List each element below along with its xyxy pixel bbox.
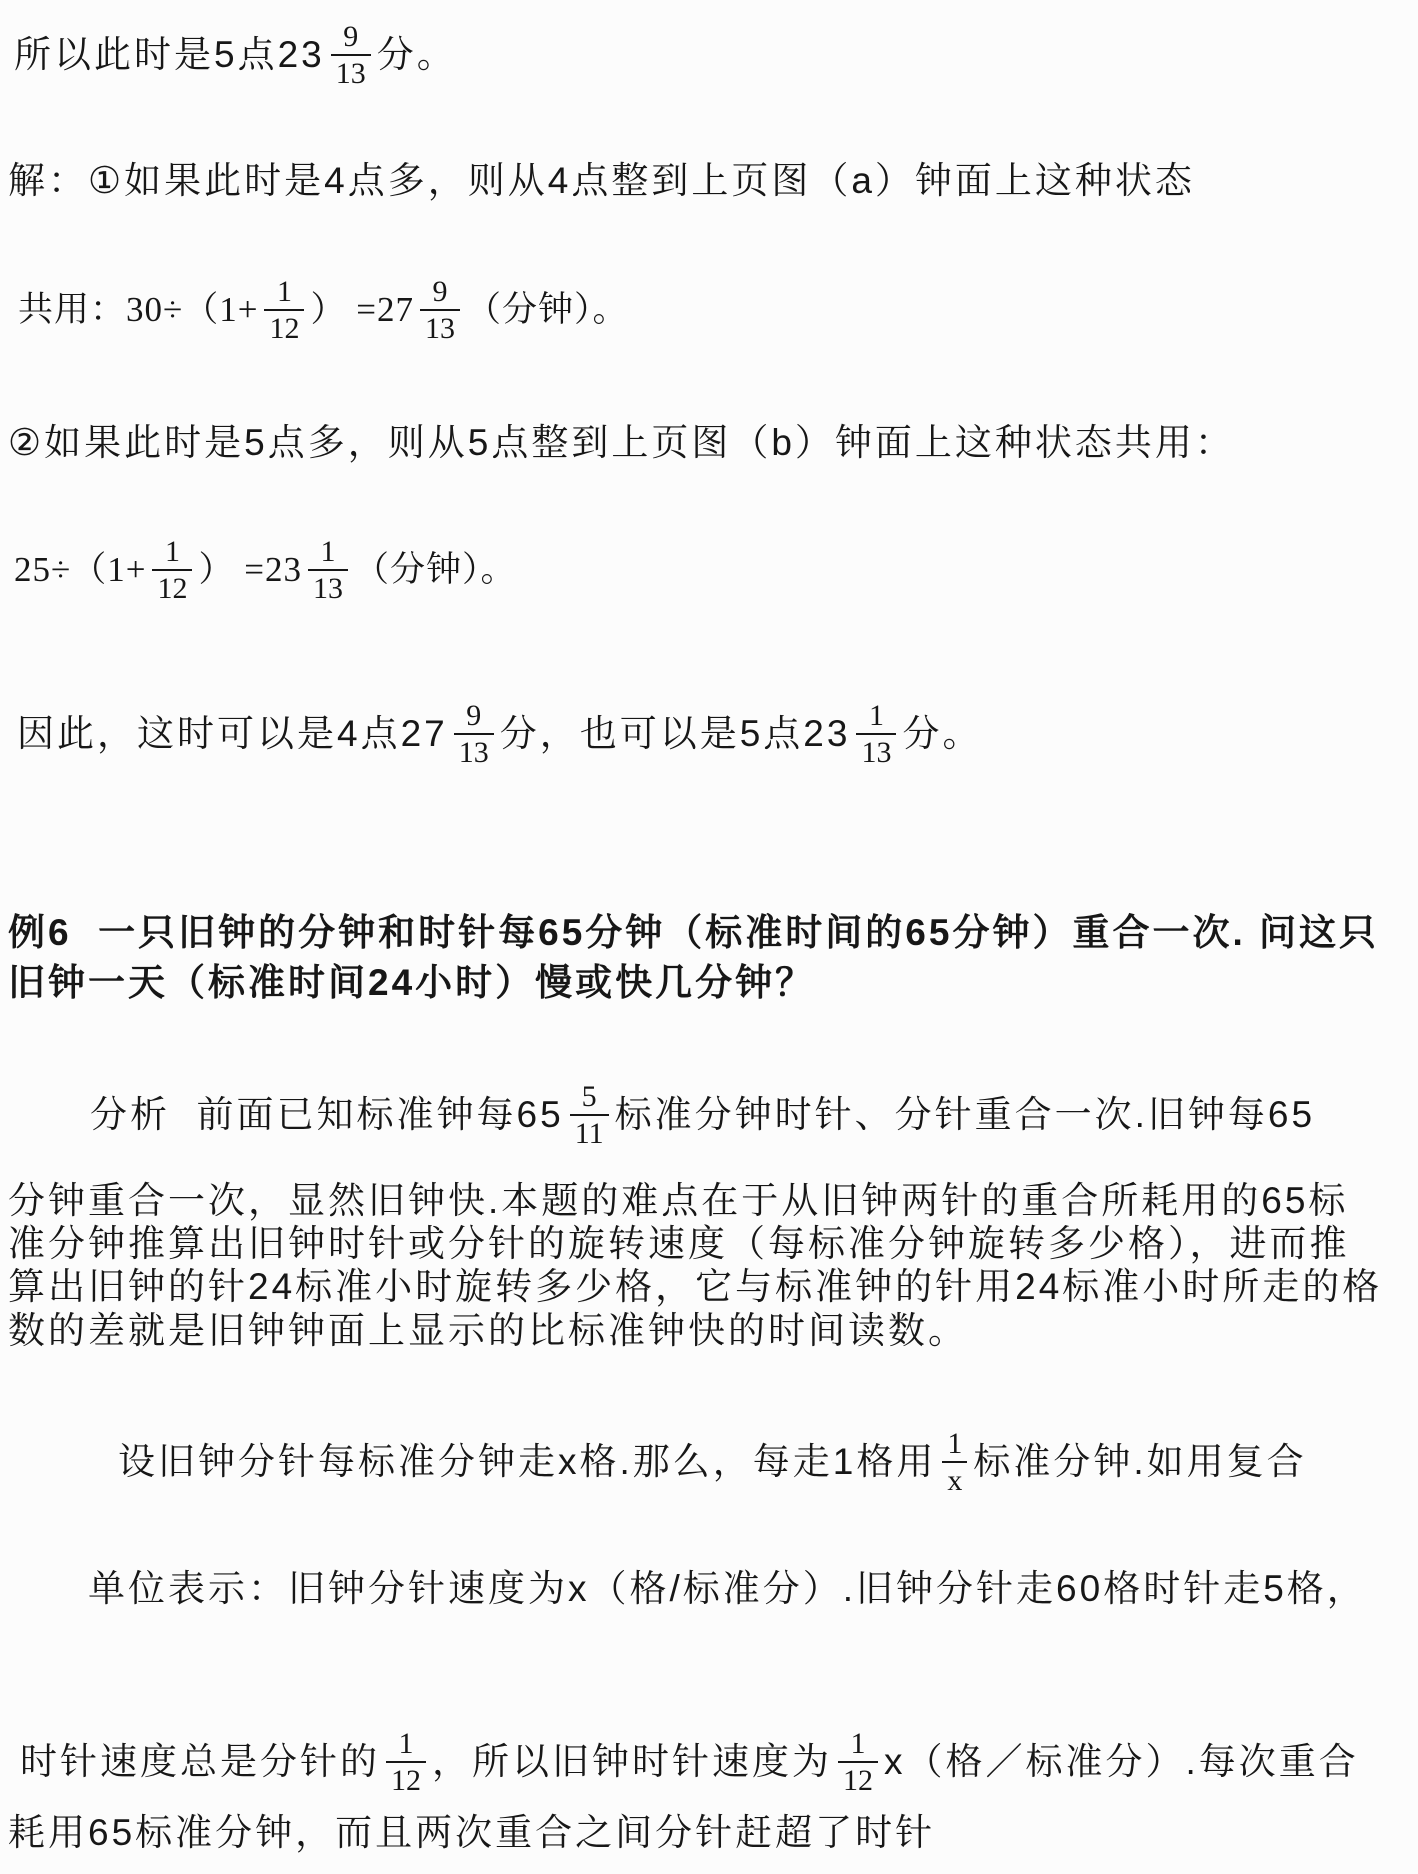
fraction-1-13: 1 13 (856, 700, 896, 769)
text-segment: 分钟重合一次，显然旧钟快.本题的难点在于从旧钟两针的重合所耗用的65标 (8, 1178, 1348, 1224)
fraction-1-13: 1 13 (308, 536, 348, 605)
hour-hand-speed-line2: 耗用65标准分钟，而且两次重合之间分针赶超了时针 (8, 1810, 935, 1856)
text-segment: 分。 (902, 711, 982, 757)
text-segment: 单位表示：旧钟分针速度为x（格/标准分）.旧钟分针走60格时针走5格， (88, 1566, 1367, 1612)
text-segment: 分，也可以是5点23 (500, 711, 851, 757)
example6-label: 例6 (8, 910, 72, 956)
text-segment: 标准分钟时针、分针重合一次.旧钟每65 (615, 1092, 1315, 1138)
analysis-line4: 算出旧钟的针24标准小时旋转多少格，它与标准钟的针用24标准小时所走的格 (8, 1264, 1382, 1310)
formula-30-div-line: 共用：30÷（1+ 1 12 ） =27 9 13 （分钟）。 (18, 258, 628, 362)
text-segment: ） =27 (310, 288, 414, 332)
analysis-label-and-text: 分析 前面已知标准钟每65 (90, 1092, 564, 1138)
fraction-1-12: 1 12 (152, 536, 192, 605)
text-segment: 分。 (377, 32, 457, 78)
hour-hand-speed-line1: 时针速度总是分针的 1 12 ，所以旧钟时针速度为 1 12 x（格／标准分）.… (20, 1712, 1359, 1812)
text-segment: 耗用65标准分钟，而且两次重合之间分针赶超了时针 (8, 1810, 935, 1856)
solution-step1-line: 解：①如果此时是4点多，则从4点整到上页图（a）钟面上这种状态 (8, 158, 1195, 204)
text-segment: ，所以旧钟时针速度为 (432, 1739, 832, 1785)
fraction-1-12: 1 12 (264, 276, 304, 345)
text-segment: 因此，这时可以是4点27 (17, 711, 448, 757)
fraction-9-13: 9 13 (331, 21, 371, 90)
example6-problem-line1: 例6 一只旧钟的分钟和时针每65分钟（标准时间的65分钟）重合一次. 问这只 (8, 910, 1379, 956)
setup-x-line: 设旧钟分针每标准分钟走x格.那么，每走1格用 1 x 标准分钟.如用复合 (118, 1412, 1307, 1512)
text-segment: （分钟）。 (354, 548, 517, 592)
unit-expression-line: 单位表示：旧钟分针速度为x（格/标准分）.旧钟分针走60格时针走5格， (88, 1566, 1367, 1612)
example6-problem-line2: 旧钟一天（标准时间24小时）慢或快几分钟？ (8, 960, 815, 1006)
fraction-9-13: 9 13 (420, 276, 460, 345)
conclusion-5oclock-line: 所以此时是5点23 9 13 分。 (14, 10, 457, 100)
text-segment: 一只旧钟的分钟和时针每65分钟（标准时间的65分钟）重合一次. 问这只 (72, 910, 1379, 956)
fraction-5-11: 5 11 (570, 1081, 609, 1150)
text-segment: 数的差就是旧钟钟面上显示的比标准钟快的时间读数。 (8, 1308, 968, 1354)
solution-step2-line: ②如果此时是5点多，则从5点整到上页图（b）钟面上这种状态共用： (8, 420, 1235, 466)
text-segment: 设旧钟分针每标准分钟走x格.那么，每走1格用 (118, 1439, 936, 1485)
text-segment: 旧钟一天（标准时间24小时）慢或快几分钟？ (8, 960, 815, 1006)
final-answer-line: 因此，这时可以是4点27 9 13 分，也可以是5点23 1 13 分。 (17, 684, 982, 784)
text-segment: 准分钟推算出旧钟时针或分针的旋转速度（每标准分钟旋转多少格），进而推 (8, 1221, 1350, 1267)
text-segment: 所以此时是5点23 (14, 32, 325, 78)
formula-25-div-line: 25÷（1+ 1 12 ） =23 1 13 （分钟）。 (14, 518, 516, 622)
text-segment: ②如果此时是5点多，则从5点整到上页图（b）钟面上这种状态共用： (8, 420, 1235, 466)
text-segment: 时针速度总是分针的 (20, 1739, 380, 1785)
fraction-1-12: 1 12 (386, 1728, 426, 1797)
fraction-1-x: 1 x (942, 1428, 967, 1497)
text-segment: x（格／标准分）.每次重合 (884, 1739, 1359, 1785)
text-segment: 标准分钟.如用复合 (973, 1439, 1306, 1485)
fraction-1-12: 1 12 (838, 1728, 878, 1797)
text-segment: 算出旧钟的针24标准小时旋转多少格，它与标准钟的针用24标准小时所走的格 (8, 1264, 1382, 1310)
text-segment: （分钟）。 (466, 288, 629, 332)
analysis-line1: 分析 前面已知标准钟每65 5 11 标准分钟时针、分针重合一次.旧钟每65 (90, 1062, 1315, 1168)
document-page: { "page": { "background": "#fcfcfc", "te… (0, 0, 1418, 1874)
analysis-line3: 准分钟推算出旧钟时针或分针的旋转速度（每标准分钟旋转多少格），进而推 (8, 1221, 1350, 1267)
text-segment: 解：①如果此时是4点多，则从4点整到上页图（a）钟面上这种状态 (8, 158, 1195, 204)
analysis-line2: 分钟重合一次，显然旧钟快.本题的难点在于从旧钟两针的重合所耗用的65标 (8, 1178, 1348, 1224)
text-segment: 共用：30÷（1+ (18, 288, 258, 332)
analysis-line5: 数的差就是旧钟钟面上显示的比标准钟快的时间读数。 (8, 1308, 968, 1354)
fraction-9-13: 9 13 (454, 700, 494, 769)
text-segment: ） =23 (198, 548, 302, 592)
text-segment: 25÷（1+ (14, 548, 146, 592)
